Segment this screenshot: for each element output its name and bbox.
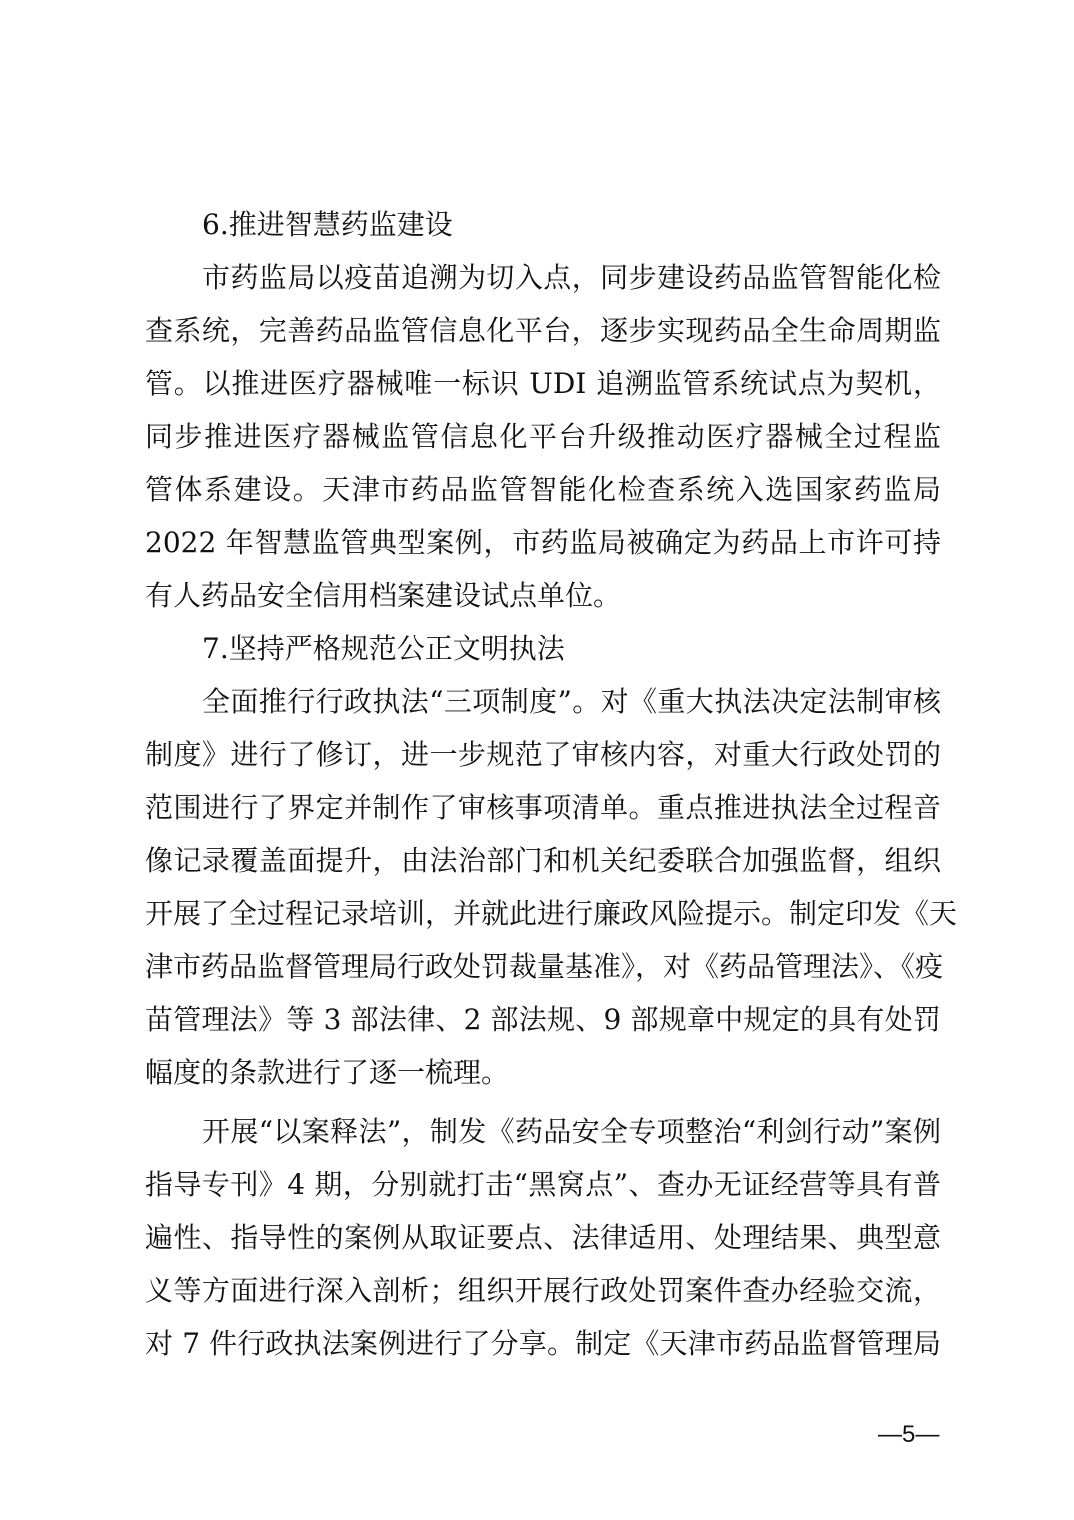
- text-line: 开展“以案释法”，制发《药品安全专项整治“利剑行动”案例: [145, 1105, 941, 1158]
- text-line: 2022 年智慧监管典型案例，市药监局被确定为药品上市许可持: [145, 516, 941, 569]
- text-line: 制度》进行了修订，进一步规范了审核内容，对重大行政处罚的: [145, 728, 941, 781]
- text-line: 市药监局以疫苗追溯为切入点，同步建设药品监管智能化检: [145, 251, 941, 304]
- section-heading-6: 6.推进智慧药监建设: [145, 198, 941, 251]
- document-body: 6.推进智慧药监建设 市药监局以疫苗追溯为切入点，同步建设药品监管智能化检 查系…: [145, 198, 941, 1370]
- section-heading-7: 7.坚持严格规范公正文明执法: [145, 622, 941, 675]
- text-line: 苗管理法》等 3 部法律、2 部法规、9 部规章中规定的具有处罚: [145, 993, 941, 1046]
- text-line: 义等方面进行深入剖析；组织开展行政处罚案件查办经验交流，: [145, 1264, 941, 1317]
- paragraph-smart-supervision: 市药监局以疫苗追溯为切入点，同步建设药品监管智能化检 查系统，完善药品监管信息化…: [145, 251, 941, 622]
- text-line: 开展了全过程记录培训，并就此进行廉政风险提示。制定印发《天: [145, 887, 941, 940]
- text-line: 遍性、指导性的案例从取证要点、法律适用、处理结果、典型意: [145, 1211, 941, 1264]
- text-line: 对 7 件行政执法案例进行了分享。制定《天津市药品监督管理局: [145, 1317, 941, 1370]
- text-line: 范围进行了界定并制作了审核事项清单。重点推进执法全过程音: [145, 781, 941, 834]
- page-number: —5—: [878, 1421, 939, 1449]
- text-line: 像记录覆盖面提升，由法治部门和机关纪委联合加强监督，组织: [145, 834, 941, 887]
- text-line: 幅度的条款进行了逐一梳理。: [145, 1046, 941, 1099]
- text-line: 津市药品监督管理局行政处罚裁量基准》，对《药品管理法》、《疫: [145, 940, 941, 993]
- text-line: 有人药品安全信用档案建设试点单位。: [145, 569, 941, 622]
- text-line: 查系统，完善药品监管信息化平台，逐步实现药品全生命周期监: [145, 304, 941, 357]
- text-line: 管。以推进医疗器械唯一标识 UDI 追溯监管系统试点为契机，: [145, 357, 941, 410]
- paragraph-case-interpretation: 开展“以案释法”，制发《药品安全专项整治“利剑行动”案例 指导专刊》4 期，分别…: [145, 1105, 941, 1370]
- paragraph-three-systems: 全面推行行政执法“三项制度”。对《重大执法决定法制审核 制度》进行了修订，进一步…: [145, 675, 941, 1099]
- text-line: 管体系建设。天津市药品监管智能化检查系统入选国家药监局: [145, 463, 941, 516]
- text-line: 指导专刊》4 期，分别就打击“黑窝点”、查办无证经营等具有普: [145, 1158, 941, 1211]
- text-line: 全面推行行政执法“三项制度”。对《重大执法决定法制审核: [145, 675, 941, 728]
- text-line: 同步推进医疗器械监管信息化平台升级推动医疗器械全过程监: [145, 410, 941, 463]
